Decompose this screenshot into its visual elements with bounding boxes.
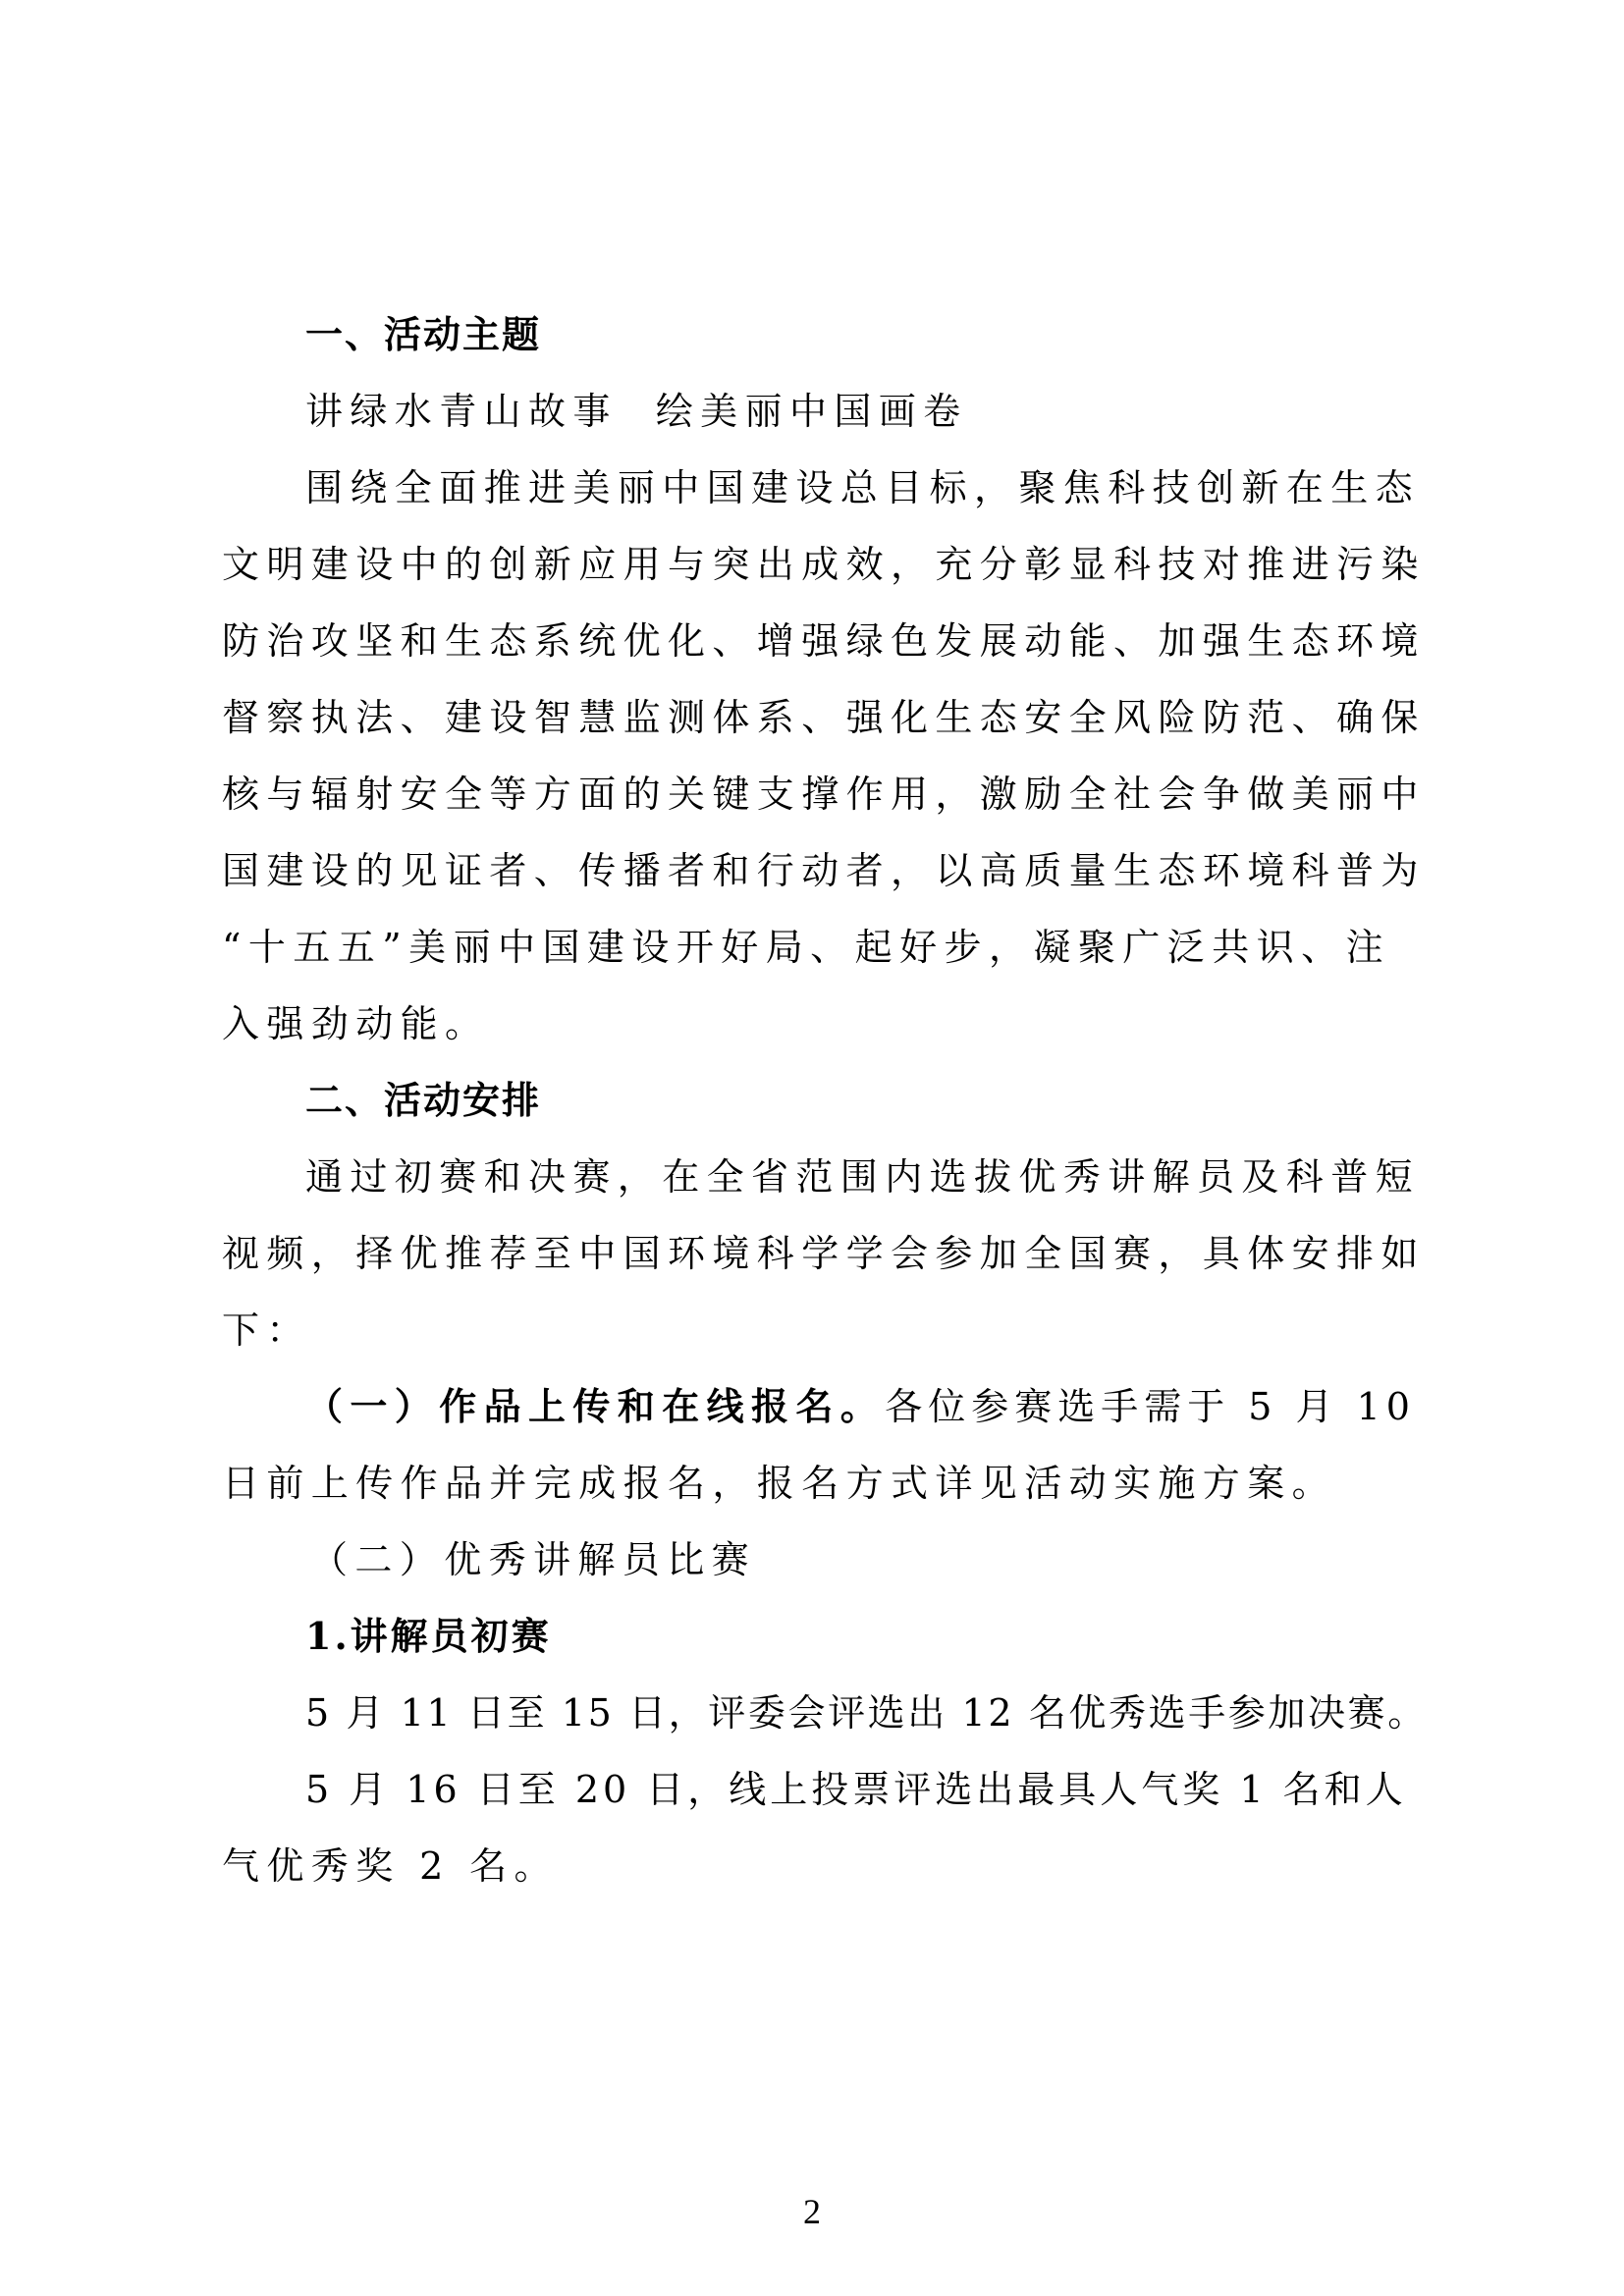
item2-title: （二）优秀讲解员比赛 — [310, 1535, 1479, 1584]
paragraph-line: 下： — [222, 1306, 1390, 1355]
schedule-line: 气优秀奖 2 名。 — [222, 1842, 1390, 1891]
paragraph-line: 通过初赛和决赛，在全省范围内选拔优秀讲解员及科普短 — [305, 1152, 1390, 1201]
paragraph-line: 视频，择优推荐至中国环境科学学会参加全国赛，具体安排如 — [222, 1229, 1390, 1278]
section-heading-theme: 一、活动主题 — [305, 310, 1474, 359]
subsection-title: 1.讲解员初赛 — [305, 1612, 1474, 1661]
paragraph-line: 督察执法、建设智慧监测体系、强化生态安全风险防范、确保 — [222, 693, 1390, 742]
schedule-line: 5 月 11 日至 15 日，评委会评选出 12 名优秀选手参加决赛。 — [305, 1688, 1474, 1737]
item1-title: （一）作品上传和在线报名。 — [305, 1382, 885, 1431]
item1-line: （一）作品上传和在线报名。各位参赛选手需于 5 月 10 — [305, 1382, 1390, 1431]
theme-slogan: 讲绿水青山故事 绘美丽中国画卷 — [305, 387, 1474, 436]
paragraph-line: “十五五”美丽中国建设开好局、起好步，凝聚广泛共识、注 — [222, 923, 1390, 972]
paragraph-line: 入强劲动能。 — [222, 999, 1390, 1048]
page-number: 2 — [0, 2191, 1624, 2232]
item1-text: 各位参赛选手需于 5 月 10 — [885, 1382, 1416, 1431]
paragraph-line: 国建设的见证者、传播者和行动者，以高质量生态环境科普为 — [222, 846, 1390, 895]
paragraph-line: 核与辐射安全等方面的关键支撑作用，激励全社会争做美丽中 — [222, 770, 1390, 819]
paragraph-line: 围绕全面推进美丽中国建设总目标，聚焦科技创新在生态 — [305, 463, 1390, 512]
paragraph-line: 防治攻坚和生态系统优化、增强绿色发展动能、加强生态环境 — [222, 616, 1390, 666]
document-page: 一、活动主题 讲绿水青山故事 绘美丽中国画卷 围绕全面推进美丽中国建设总目标，聚… — [0, 0, 1624, 2296]
item1-continuation: 日前上传作品并完成报名，报名方式详见活动实施方案。 — [222, 1459, 1390, 1508]
paragraph-line: 文明建设中的创新应用与突出成效，充分彰显科技对推进污染 — [222, 540, 1390, 589]
schedule-line: 5 月 16 日至 20 日，线上投票评选出最具人气奖 1 名和人 — [305, 1765, 1390, 1814]
section-heading-arrangement: 二、活动安排 — [305, 1076, 1474, 1125]
